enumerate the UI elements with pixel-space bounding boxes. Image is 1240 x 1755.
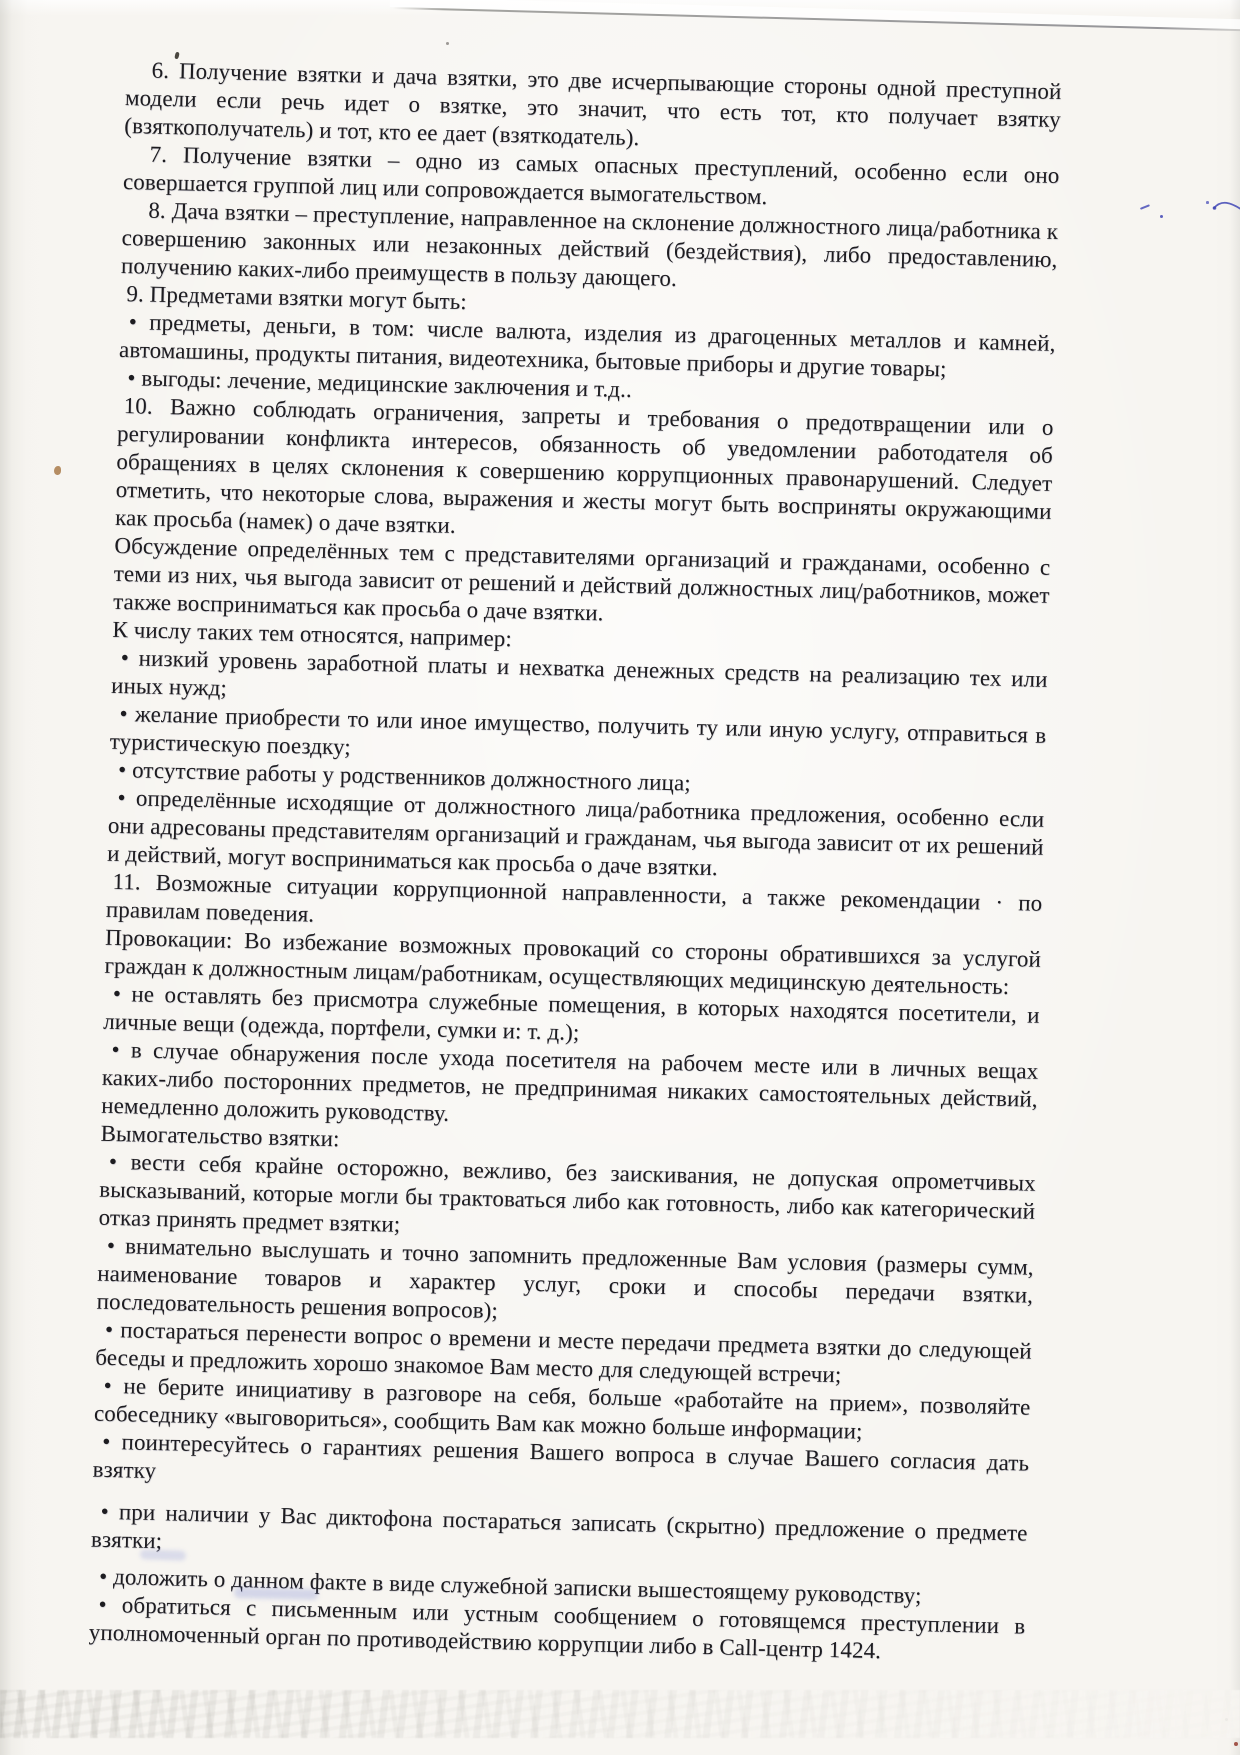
ink-smudge [140,1549,186,1561]
paper-speck [54,466,61,475]
paper-speck [446,42,449,45]
pen-mark-curve [1210,198,1240,220]
pen-mark-dot-small [1206,201,1209,204]
pen-mark-dot [1160,215,1163,218]
scan-noise-band [0,1690,1240,1738]
document-text: 6. Получение взятки и дача взятки, это д… [89,56,1062,1669]
pen-mark-dash [1140,204,1150,210]
ink-smudge [234,1587,318,1600]
scanned-document-page: { "page": { "paper_color": "#f7f5f1", "i… [0,0,1240,1755]
paper-speck [1234,1742,1238,1746]
paragraph-7: 10. Важно соблюдать ограничения, запреты… [115,392,1054,554]
paragraph-24: • при наличии у Вас диктофона постаратьс… [91,1498,1028,1576]
